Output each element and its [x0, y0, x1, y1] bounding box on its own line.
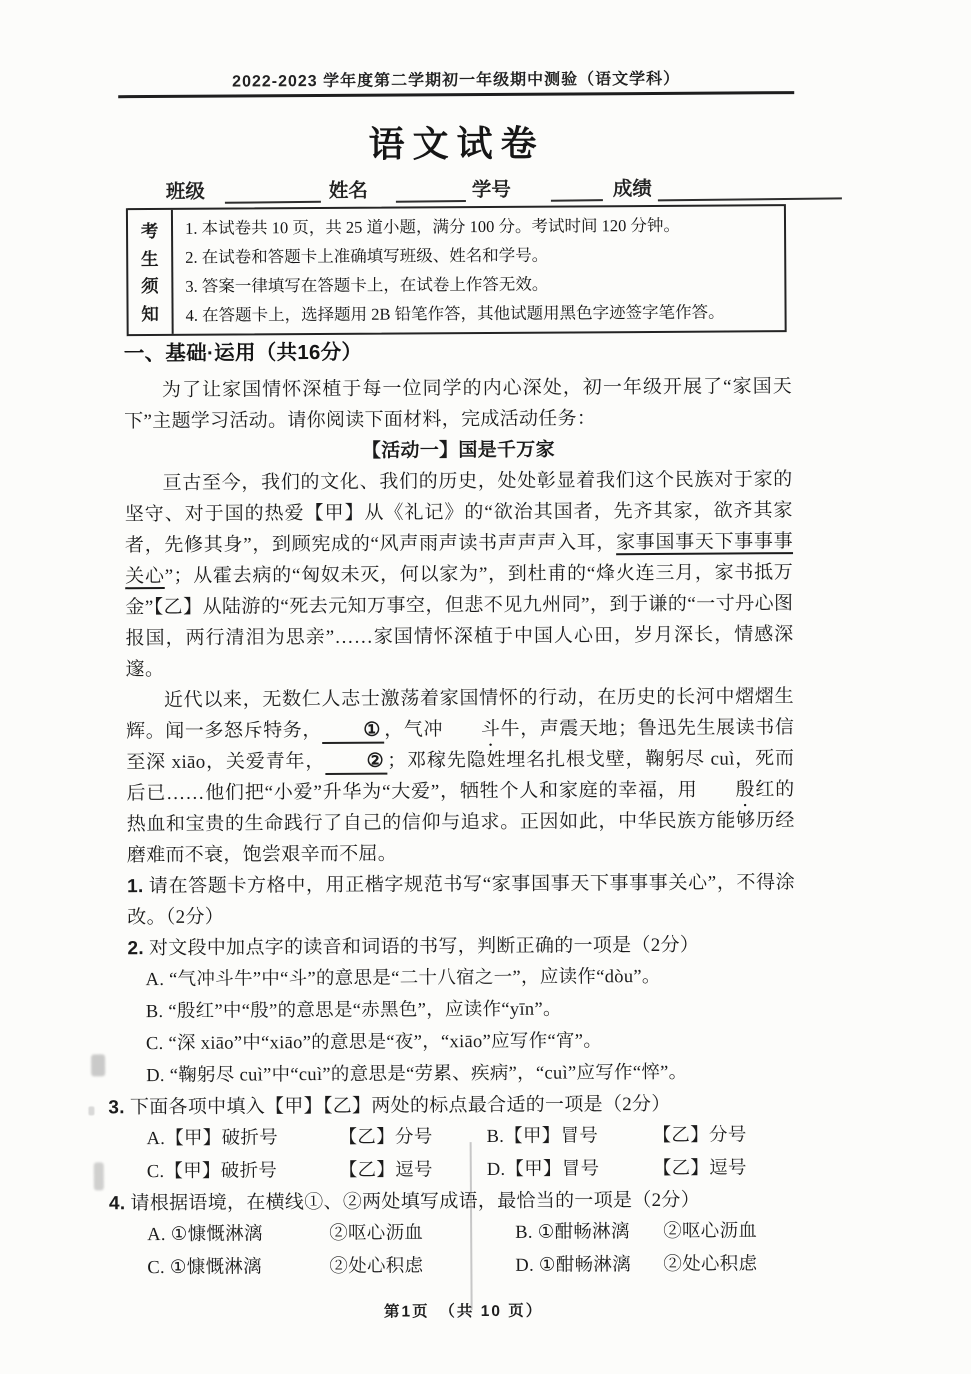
question-3-option-c1: C.【甲】破折号 [147, 1154, 339, 1188]
question-4-option-b1: B. ①酣畅淋漓 [515, 1216, 663, 1249]
notice-side-char: 须 [141, 273, 159, 298]
student-info-row: 班级 姓名 学号 成绩 [166, 172, 842, 204]
dotted-char-yan: 殷 [697, 774, 755, 805]
question-3-option-a1: A.【甲】破折号 [146, 1122, 338, 1156]
text-segment: ，气冲 [384, 719, 443, 740]
scan-smudge [94, 1162, 104, 1190]
name-label: 姓名 [329, 175, 368, 203]
candidate-notice-box: 考 生 须 知 1. 本试卷共 10 页，共 25 道小题，满分 100 分。考… [126, 204, 787, 336]
question-2-option-d: D. “鞠躬尽 cuì”中“cuì”的意思是“劳累、疾病”，“cuì”应写作“悴… [128, 1056, 796, 1092]
scan-smudge [88, 1106, 94, 1115]
question-4-option-a2: ②呕心沥血 [329, 1217, 515, 1251]
exam-sheet: 2022-2023 学年度第二学期初一年级期中测验（语文学科） 语文试卷 班级 … [0, 0, 971, 1374]
question-2-option-c: C. “深 xiāo”中“xiāo”的意思是“夜”，“xiāo”应写作“宵”。 [128, 1024, 796, 1060]
question-4-option-d1: D. ①酣畅淋漓 [515, 1248, 663, 1281]
intro-paragraph: 为了让家国情怀深植于每一位同学的内心深处，初一年级开展了“家国天下”主题学习活动… [124, 371, 792, 437]
notice-item-1: 1. 本试卷共 10 页，共 25 道小题，满分 100 分。考试时间 120 … [185, 211, 776, 243]
notice-item-4: 4. 在答题卡上，选择题用 2B 铅笔作答，其他试题用黑色字迹签字笔作答。 [185, 298, 776, 330]
question-4-options: A. ①慷慨淋漓 ②呕心沥血 B. ①酣畅淋漓 ②呕心沥血 C. ①慷慨淋漓 ②… [129, 1215, 797, 1284]
question-2-option-a: A. “气冲斗牛”中“斗”的意思是“二十八宿之一”，应读作“dòu”。 [128, 960, 796, 996]
page-number: 第1页 （共 10 页） [130, 1294, 798, 1329]
question-3: 3. 下面各项中填入【甲】【乙】两处的标点最合适的一项是（2分） [108, 1088, 796, 1123]
notice-side-label: 考 生 须 知 [128, 210, 174, 334]
question-2-option-b: B. “殷红”中“殷”的意思是“赤黑色”，应读作“yīn”。 [128, 992, 796, 1028]
text-segment: ”；从霍去病的“匈奴未灭，何以家为”，到杜甫的“烽火连三月，家书抵万金”【乙】从… [125, 562, 793, 680]
notice-items: 1. 本试卷共 10 页，共 25 道小题，满分 100 分。考试时间 120 … [173, 206, 785, 334]
question-4: 4. 请根据语境，在横线①、②两处填写成语，最恰当的一项是（2分） [109, 1184, 797, 1219]
notice-item-2: 2. 在试卷和答题卡上准确填写班级、姓名和学号。 [185, 240, 776, 272]
question-3-option-a2: 【乙】分号 [338, 1121, 486, 1154]
score-label: 成绩 [613, 173, 652, 201]
notice-side-char: 考 [141, 218, 159, 243]
scan-smudge [91, 1054, 105, 1076]
question-3-option-d2: 【乙】逗号 [653, 1152, 797, 1185]
activity-heading: 【活动一】国是千万家 [124, 433, 792, 468]
question-1-number: 1. [127, 876, 144, 897]
section-heading: 一、基础·运用（共16分） [124, 333, 792, 371]
question-3-stem: 下面各项中填入【甲】【乙】两处的标点最合适的一项是（2分） [130, 1094, 671, 1118]
scanned-exam-page: 2022-2023 学年度第二学期初一年级期中测验（语文学科） 语文试卷 班级 … [0, 0, 971, 1374]
question-3-options: A.【甲】破折号 【乙】分号 B.【甲】冒号 【乙】分号 C.【甲】破折号 【乙… [128, 1119, 796, 1188]
question-2-stem: 对文段中加点字的读音和词语的书写，判断正确的一项是（2分） [149, 935, 699, 959]
question-2-number: 2. [127, 938, 144, 959]
notice-side-char: 知 [141, 301, 159, 326]
question-4-stem: 请根据语境，在横线①、②两处填写成语，最恰当的一项是（2分） [130, 1190, 700, 1214]
question-4-option-b2: ②呕心沥血 [663, 1215, 797, 1248]
score-blank-line [658, 175, 842, 201]
question-4-number: 4. [109, 1193, 126, 1214]
question-4-option-a1: A. ①慷慨淋漓 [147, 1218, 329, 1252]
question-4-option-c2: ②处心积虑 [329, 1249, 515, 1283]
question-1: 1. 请在答题卡方格中，用正楷字规范书写“家事国事天下事事事关心”，不得涂改。（… [127, 867, 795, 933]
student-id-blank-line [551, 177, 603, 202]
exam-session-header: 2022-2023 学年度第二学期初一年级期中测验（语文学科） [122, 65, 790, 92]
dotted-char-dou: 斗 [443, 714, 501, 745]
header-rule [118, 91, 794, 98]
question-4-option-d2: ②处心积虑 [663, 1248, 797, 1281]
fill-in-blank-1: ① [322, 721, 384, 744]
question-3-number: 3. [108, 1097, 125, 1118]
notice-item-3: 3. 答案一律填写在答题卡上，在试卷上作答无效。 [185, 269, 776, 301]
exam-body: 一、基础·运用（共16分） 为了让家国情怀深植于每一位同学的内心深处，初一年级开… [124, 333, 798, 1329]
notice-side-char: 生 [141, 246, 159, 271]
modern-paragraph: 近代以来，无数仁人志士激荡着家国情怀的行动，在历史的长河中熠熠生辉。闻一多怒斥特… [126, 681, 795, 871]
question-3-option-d1: D.【甲】冒号 [487, 1152, 653, 1186]
paper-title: 语文试卷 [122, 114, 790, 169]
question-3-option-b2: 【乙】分号 [652, 1119, 796, 1152]
name-blank-line [396, 178, 466, 203]
question-1-stem: 请在答题卡方格中，用正楷字规范书写“家事国事天下事事事关心”，不得涂改。（2分） [127, 872, 795, 928]
history-paragraph: 亘古至今，我们的文化、我们的历史，处处彰显着我们这个民族对于家的坚守、对于国的热… [124, 464, 793, 685]
class-label: 班级 [166, 176, 205, 204]
question-3-option-c2: 【乙】逗号 [339, 1154, 487, 1187]
question-3-option-b1: B.【甲】冒号 [486, 1120, 652, 1154]
student-id-label: 学号 [472, 174, 511, 202]
fill-in-blank-2: ② [325, 752, 387, 775]
question-4-option-c1: C. ①慷慨淋漓 [147, 1250, 329, 1284]
class-blank-line [225, 179, 321, 204]
question-2: 2. 对文段中加点字的读音和词语的书写，判断正确的一项是（2分） [127, 929, 795, 964]
